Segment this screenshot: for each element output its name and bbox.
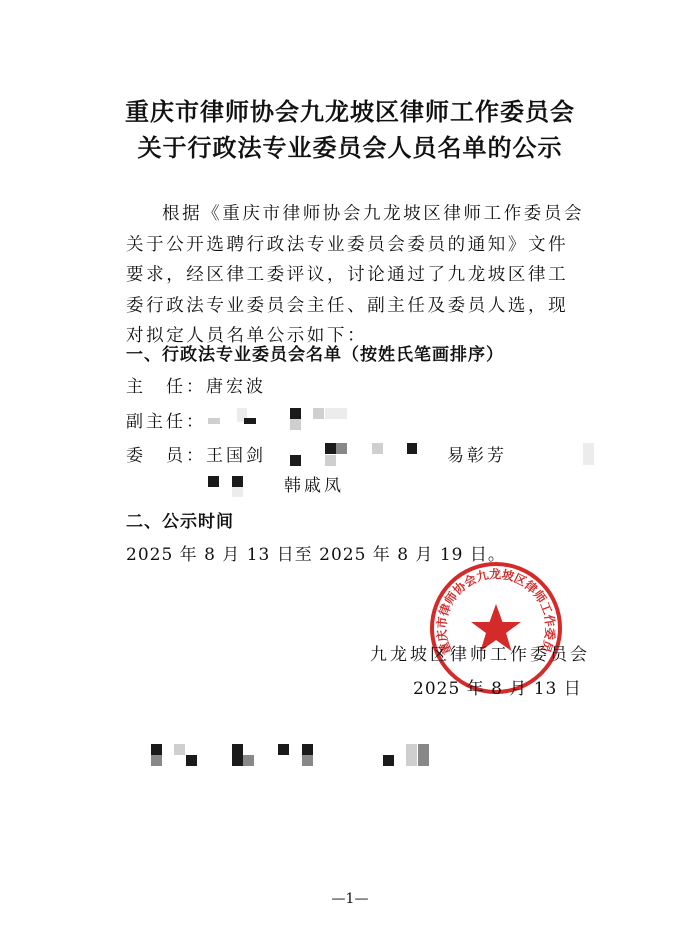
document-title-line-1: 重庆市律师协会九龙坡区律师工作委员会	[0, 92, 700, 127]
signature-organization: 九龙坡区律师工作委员会	[370, 640, 590, 665]
intro-paragraph: 根据《重庆市律师协会九龙坡区律师工作委员会关于公开选聘行政法专业委员会委员的通知…	[126, 199, 586, 352]
deputy-label: 副主任：	[126, 412, 206, 432]
director-label: 主 任：	[126, 377, 206, 397]
deputy-row: 副主任：	[126, 407, 206, 432]
members-label: 委 员：	[126, 446, 206, 466]
section-1-heading: 一、行政法专业委员会名单（按姓氏笔画排序）	[126, 340, 504, 365]
members-row: 委 员：王国剑	[126, 441, 266, 466]
document-title-line-2: 关于行政法专业委员会人员名单的公示	[0, 128, 700, 163]
director-row: 主 任：唐宏波	[126, 372, 266, 397]
member-name-3: 韩戚凤	[284, 471, 344, 496]
section-2-heading: 二、公示时间	[126, 507, 234, 532]
member-name-1: 王国剑	[206, 446, 266, 466]
intro-paragraph-text: 根据《重庆市律师协会九龙坡区律师工作委员会关于公开选聘行政法专业委员会委员的通知…	[126, 204, 584, 346]
page-number: —1—	[0, 891, 700, 907]
member-name-2: 易彰芳	[447, 441, 507, 466]
signature-date: 2025 年 8 月 13 日	[413, 674, 582, 699]
director-name: 唐宏波	[206, 377, 266, 397]
